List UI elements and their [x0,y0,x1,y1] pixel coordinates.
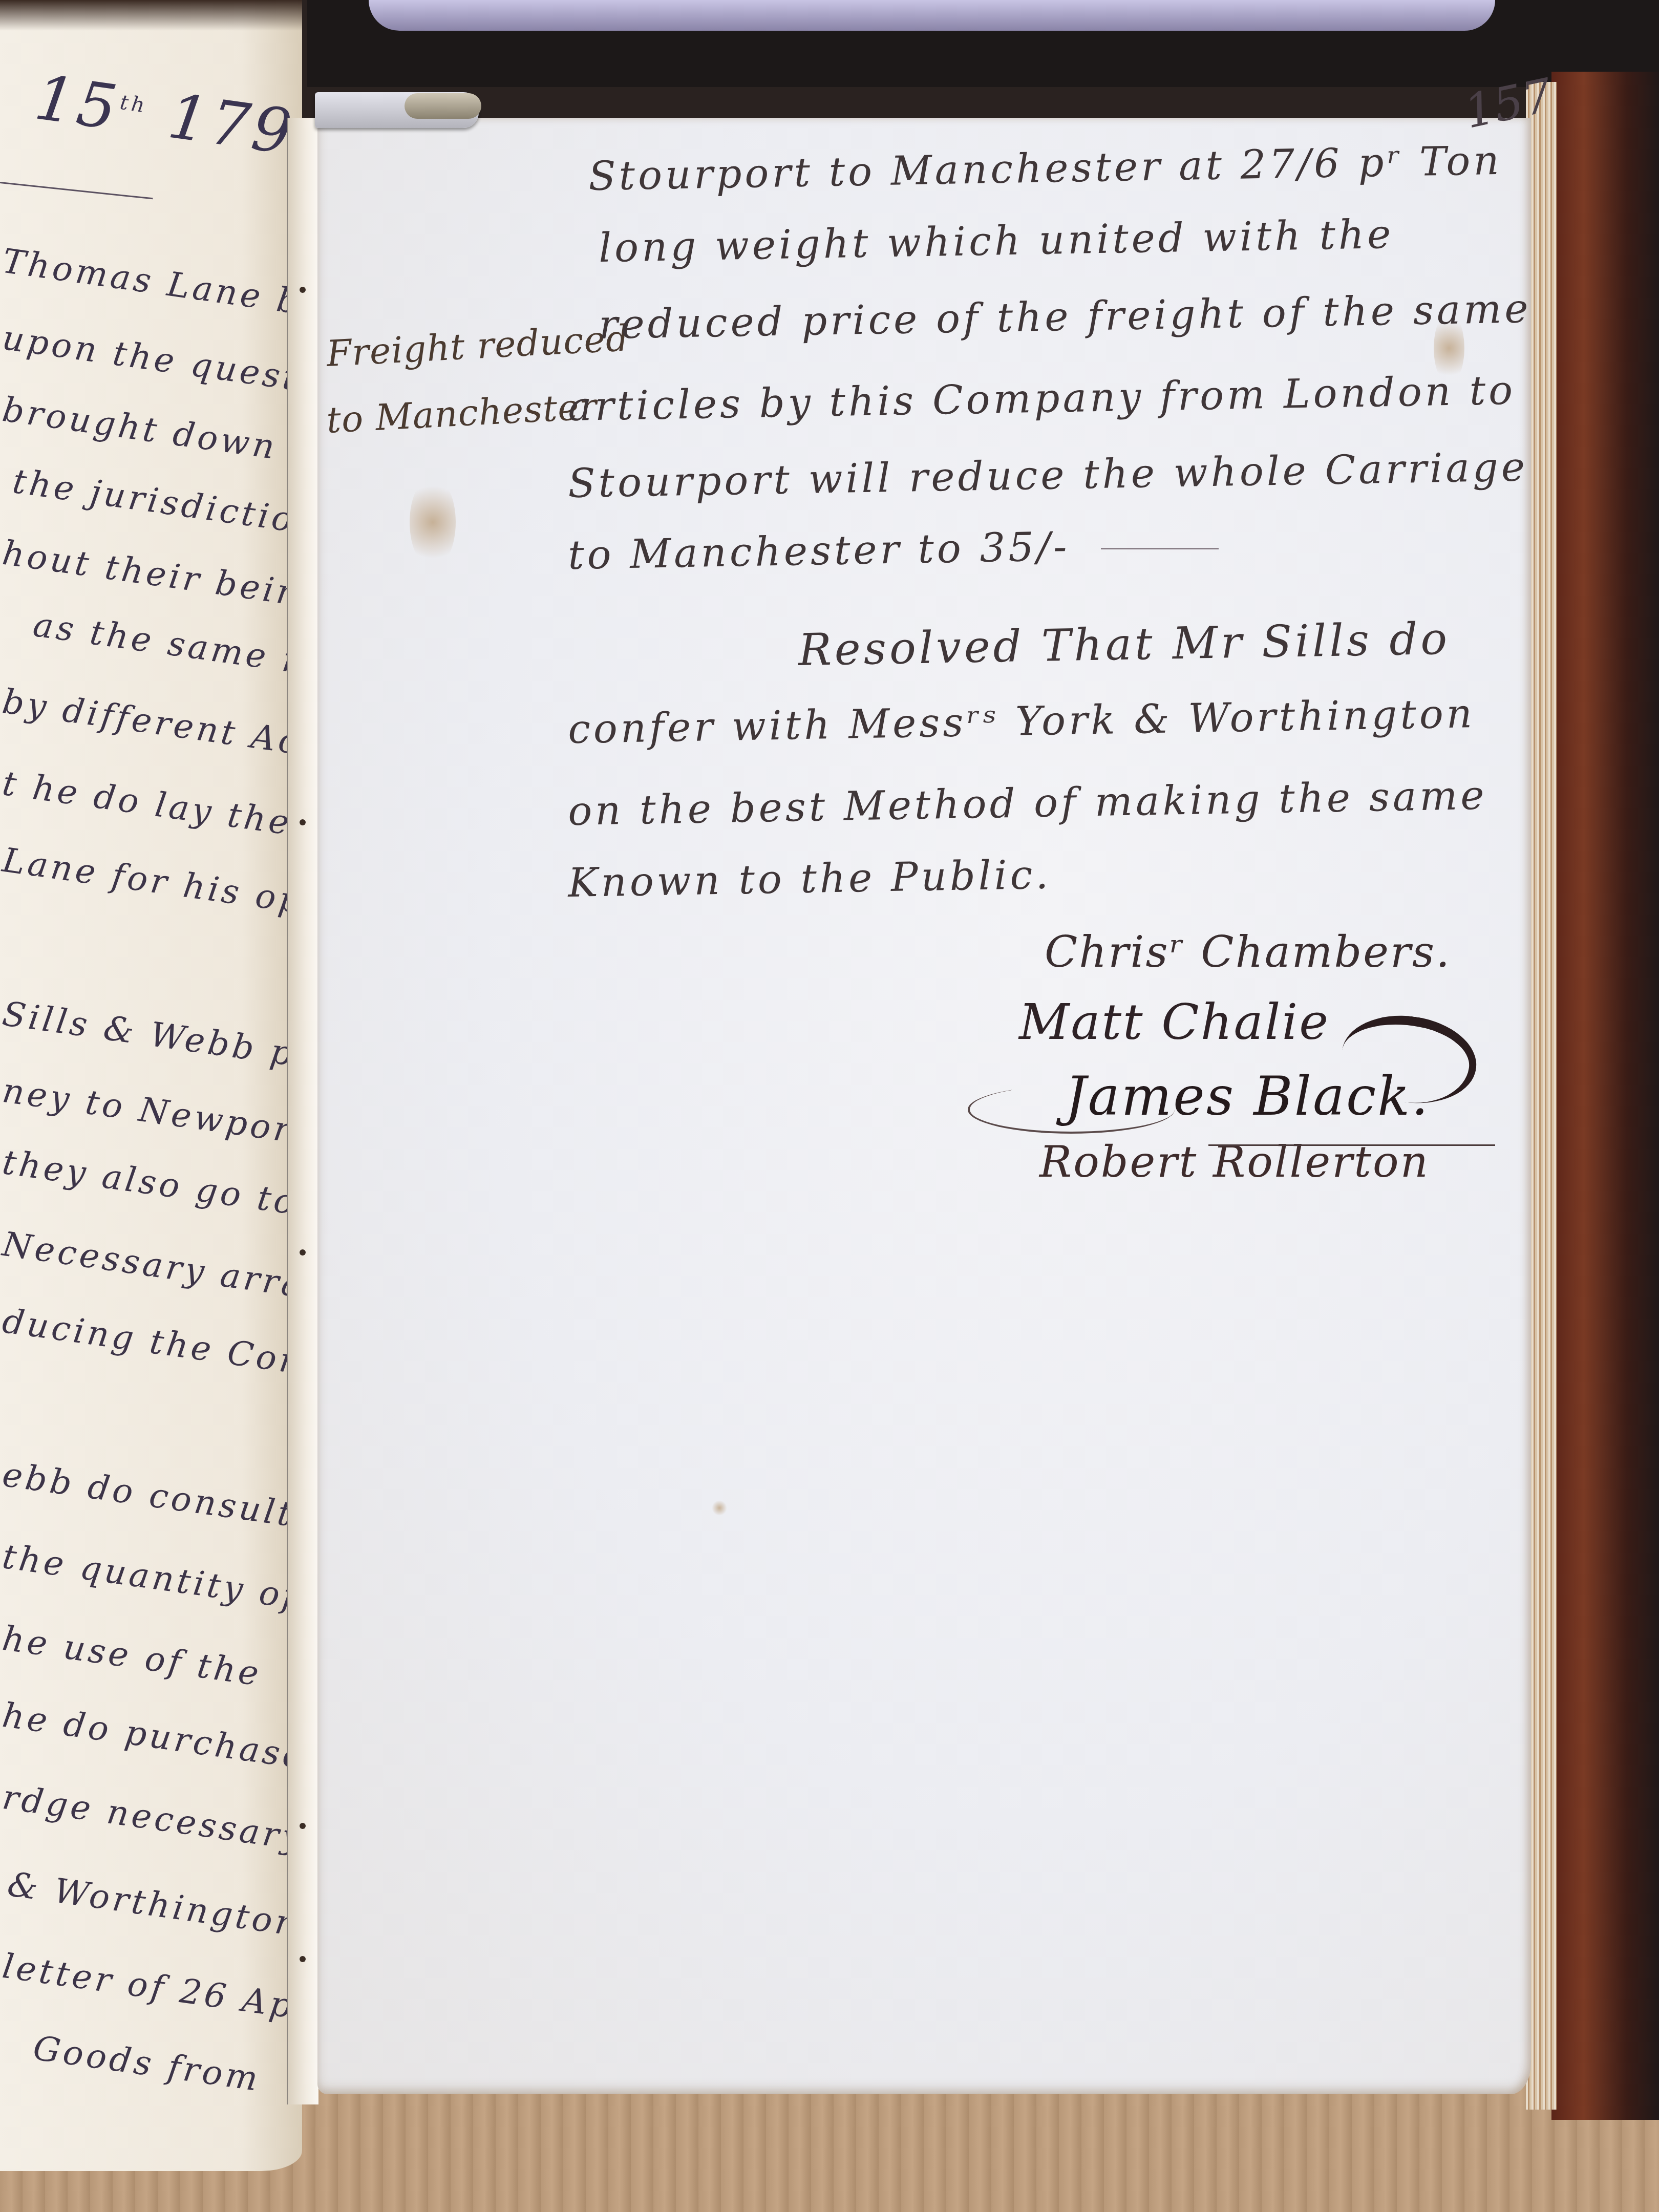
left-line: as the same may [31,605,302,690]
date-header: 15th 1799 [31,62,302,175]
signature-underline [1208,1144,1495,1146]
binding-thread-hole [300,1823,306,1829]
left-line: the jurisdiction of [10,461,302,551]
date-day: 15 [31,62,124,144]
left-line: he use of the [0,1619,264,1694]
left-line: & Worthington [5,1864,302,1944]
binding-thread-hole [300,1249,306,1256]
page-shadow [0,0,302,31]
left-line: hout their being [0,533,302,618]
left-line: Goods from [31,2028,263,2099]
left-line: by different Acts [0,682,302,768]
book-gutter [287,118,318,2104]
left-line: Thomas Lane be [0,241,302,325]
resolution-line: Known to the Public. [567,852,1051,906]
left-line: Lane for his opinion [0,840,302,935]
left-line: ney to Newport [0,1071,302,1153]
left-line: ducing the Company [0,1301,302,1397]
left-line: rdge necessary [0,1777,302,1859]
binding-thread-hole [300,1956,306,1962]
signature-chambers: Chrisʳ Chambers. [1045,927,1451,977]
purple-cloth-backdrop [369,0,1495,31]
signature-flourish [968,1086,1175,1134]
left-line: upon the question [0,318,302,408]
left-line: letter of 26 April [0,1946,302,2033]
body-line: to Manchester to 35/- [567,524,1070,579]
signature-chalie: Matt Chalie [1019,993,1330,1051]
left-page: 15th 1799 Thomas Lane be upon the questi… [0,0,302,2171]
left-line: ebb do consult [0,1455,297,1535]
date-year: 1799 [164,81,302,175]
foxing-stain [410,476,456,568]
binding-thread-hole [300,819,306,825]
left-line: the quantity of [0,1537,301,1617]
line-end-flourish [1101,548,1219,549]
left-line: they also go to [0,1142,300,1223]
leather-book-cover [1551,72,1659,2120]
binding-thread-hole [300,287,306,293]
left-line: Necessary arrange [0,1224,302,1316]
bookmark-ribbon-roll [405,93,481,119]
date-day-suffix: th [118,91,149,118]
left-line: he do purchase [0,1695,302,1777]
left-line: t he do lay the [0,763,294,843]
header-rule [0,182,153,199]
left-line: brought down the [0,390,302,478]
ink-spot [712,1500,727,1516]
